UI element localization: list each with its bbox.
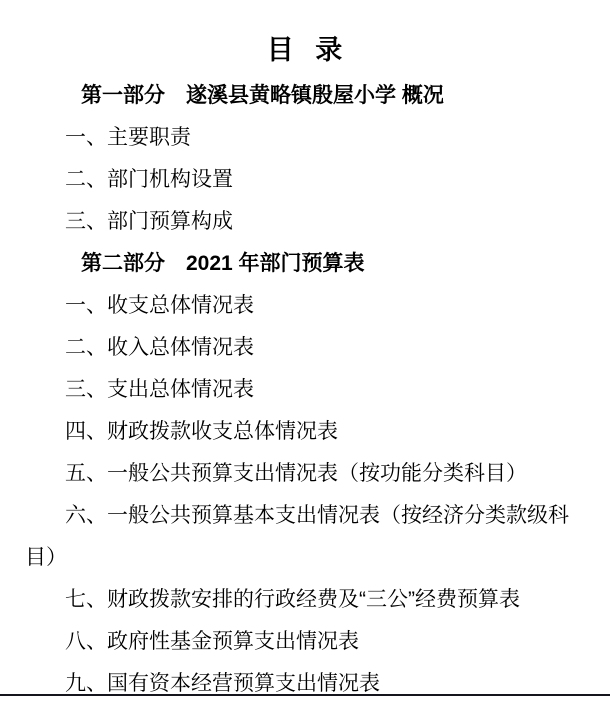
toc-item: 二、收入总体情况表 xyxy=(25,327,577,369)
page-bottom-rule xyxy=(0,694,610,696)
toc-page: 目 录 第一部分 遂溪县黄略镇殷屋小学 概况一、主要职责二、部门机构设置三、部门… xyxy=(0,0,610,701)
toc-heading: 第一部分 遂溪县黄略镇殷屋小学 概况 xyxy=(25,75,577,117)
toc-item: 一、主要职责 xyxy=(25,117,577,159)
page-title: 目 录 xyxy=(0,0,610,70)
toc-heading: 第二部分 2021 年部门预算表 xyxy=(25,243,577,285)
toc-item: 三、部门预算构成 xyxy=(25,201,577,243)
toc-item: 八、政府性基金预算支出情况表 xyxy=(25,621,577,663)
toc-item: 四、财政拨款收支总体情况表 xyxy=(25,411,577,453)
toc-item: 七、财政拨款安排的行政经费及“三公”经费预算表 xyxy=(25,579,577,621)
toc-item: 五、一般公共预算支出情况表（按功能分类科目） xyxy=(25,453,577,495)
toc-item: 三、支出总体情况表 xyxy=(25,369,577,411)
toc-item: 一、收支总体情况表 xyxy=(25,285,577,327)
toc-item: 六、一般公共预算基本支出情况表（按经济分类款级科目） xyxy=(25,495,577,579)
toc-item: 二、部门机构设置 xyxy=(25,159,577,201)
toc-list: 第一部分 遂溪县黄略镇殷屋小学 概况一、主要职责二、部门机构设置三、部门预算构成… xyxy=(0,75,610,701)
